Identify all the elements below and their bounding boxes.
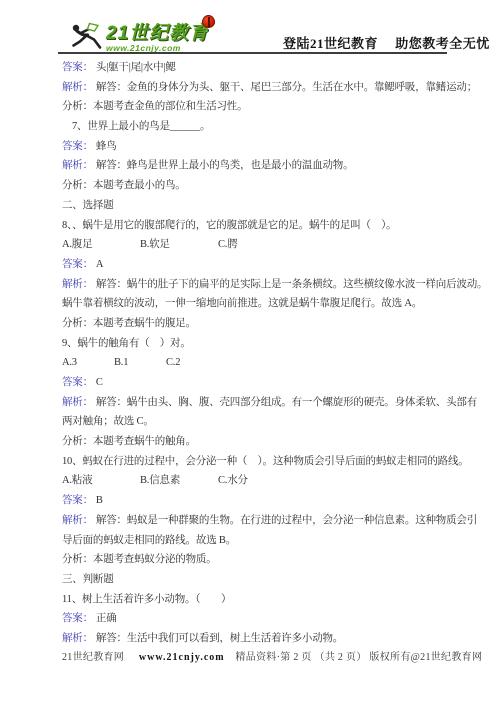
option-item: A.粘液 <box>62 471 140 491</box>
answer-line: 解析：解答：生活中我们可以看到，树上生活着许多小动物。 <box>62 629 482 649</box>
line-text: 9、蜗牛的触角有（ ）对。 <box>62 338 191 349</box>
options-row: A.粘液B.信息素C.水分 <box>62 471 482 491</box>
document-body: 答案：头|躯干|尾|水中|鳃解析：解答：金鱼的身体分为头、躯干、尾巴三部分。生活… <box>62 58 482 649</box>
line-text: 分析：本题考查蚂蚁分泌的物质。 <box>62 554 217 565</box>
line-text: 蜂鸟 <box>96 141 117 152</box>
option-item: C.2 <box>166 353 218 373</box>
line-text: 二、选择题 <box>62 200 114 211</box>
option-item: B.软足 <box>140 235 218 255</box>
line-text: 解答：生活中我们可以看到，树上生活着许多小动物。 <box>96 633 343 644</box>
text-line: 8、、蜗牛是用它的腹部爬行的，它的腹部就是它的足。蜗牛的足叫（ ）。 <box>62 216 482 236</box>
line-text: 头|躯干|尾|水中|鳃 <box>96 62 176 73</box>
line-text: 解答：蜂鸟是世界上最小的鸟类，也是最小的温血动物。 <box>96 160 354 171</box>
runner-icon <box>68 22 104 54</box>
line-text: C <box>96 377 103 388</box>
answer-line: 答案：头|躯干|尾|水中|鳃 <box>62 58 482 78</box>
answer-label: 答案： <box>62 259 93 270</box>
option-item: C.水分 <box>218 471 296 491</box>
answer-line: 答案：B <box>62 491 482 511</box>
logo-text-block: 21世纪教育 www.21cnjy.com <box>106 22 209 53</box>
line-text: 解答：蚂蚁是一种群聚的生物。在行进的过程中，会分泌一种信息素。这种物质会引 <box>96 515 477 526</box>
answer-label: 解析： <box>62 279 93 290</box>
answer-line: 解析：解答：蜗牛的肚子下的扁平的足实际上是一条条横纹。这些横纹像水波一样向后波动… <box>62 275 482 295</box>
answer-line: 答案：蜂鸟 <box>62 137 482 157</box>
line-text: 10、蚂蚁在行进的过程中，会分泌一种（ ）。这种物质会引导后面的蚂蚁走相同的路线… <box>62 456 469 467</box>
line-text: 分析：本题考查蜗牛的触角。 <box>62 436 196 447</box>
answer-line: 解析：解答：蚂蚁是一种群聚的生物。在行进的过程中，会分泌一种信息素。这种物质会引 <box>62 511 482 531</box>
option-item: B.1 <box>114 353 166 373</box>
answer-label: 答案： <box>62 495 93 506</box>
line-text: 7、世界上最小的鸟是______。 <box>72 121 210 132</box>
answer-line: 答案：C <box>62 373 482 393</box>
answer-label: 答案： <box>62 141 93 152</box>
answer-label: 答案： <box>62 62 93 73</box>
footer-site-url: www.21cnjy.com <box>139 652 225 663</box>
text-line: 分析：本题考查金鱼的部位和生活习性。 <box>62 97 482 117</box>
text-line: 7、世界上最小的鸟是______。 <box>62 117 482 137</box>
text-line: 分析：本题考查最小的鸟。 <box>62 176 482 196</box>
options-row: A.腹足B.软足C.腭 <box>62 235 482 255</box>
line-text: 三、判断题 <box>62 574 114 585</box>
answer-label: 答案： <box>62 377 93 388</box>
answer-label: 解析： <box>62 633 93 644</box>
site-logo: 21世纪教育 www.21cnjy.com <box>68 22 209 54</box>
option-item: A.腹足 <box>62 235 140 255</box>
text-line: 9、蜗牛的触角有（ ）对。 <box>62 334 482 354</box>
text-line: 11、树上生活着许多小动物。（ ） <box>62 590 482 610</box>
header-slogan: 登陆21世纪教育 助您教考全无忧 <box>283 33 453 52</box>
line-text: 解答：蜗牛由头、胸、腹、壳四部分组成。有一个螺旋形的硬壳。身体柔软、头部有 <box>96 397 477 408</box>
answer-label: 解析： <box>62 515 93 526</box>
text-line: 二、选择题 <box>62 196 482 216</box>
text-line: 分析：本题考查蜗牛的腹足。 <box>62 314 482 334</box>
line-text: 分析：本题考查最小的鸟。 <box>62 180 186 191</box>
line-text: 8、、蜗牛是用它的腹部爬行的，它的腹部就是它的足。蜗牛的足叫（ ）。 <box>62 220 396 231</box>
text-line: 蜗牛靠着横纹的波动，一伸一缩地向前推进。这就是蜗牛靠腹足爬行。故选 A。 <box>62 294 482 314</box>
answer-label: 解析： <box>62 397 93 408</box>
header-divider <box>58 52 447 54</box>
answer-label: 解析： <box>62 82 93 93</box>
line-text: 导后面的蚂蚁走相同的路线。故选 B。 <box>62 535 236 546</box>
line-text: 两对触角；故选 C。 <box>62 416 154 427</box>
line-text: A <box>96 259 103 270</box>
text-line: 分析：本题考查蜗牛的触角。 <box>62 432 482 452</box>
line-text: 分析：本题考查蜗牛的腹足。 <box>62 318 196 329</box>
answer-line: 解析：解答：金鱼的身体分为头、躯干、尾巴三部分。生活在水中。靠鳃呼吸，靠鳍运动； <box>62 78 482 98</box>
options-row: A.3B.1C.2 <box>62 353 482 373</box>
line-text: 11、树上生活着许多小动物。（ ） <box>62 594 231 605</box>
answer-label: 答案： <box>62 613 93 624</box>
logo-brand-text: 21世纪教育 <box>106 24 209 43</box>
text-line: 10、蚂蚁在行进的过程中，会分泌一种（ ）。这种物质会引导后面的蚂蚁走相同的路线… <box>62 452 482 472</box>
option-item: B.信息素 <box>140 471 218 491</box>
option-item: A.3 <box>62 353 114 373</box>
page-footer: 21世纪教育网 www.21cnjy.com 精品资料·第 2 页 （共 2 页… <box>62 651 462 665</box>
answer-line: 解析：解答：蜂鸟是世界上最小的鸟类，也是最小的温血动物。 <box>62 156 482 176</box>
text-line: 三、判断题 <box>62 570 482 590</box>
line-text: 解答：蜗牛的肚子下的扁平的足实际上是一条条横纹。这些横纹像水波一样向后波动。 <box>96 279 487 290</box>
line-text: 解答：金鱼的身体分为头、躯干、尾巴三部分。生活在水中。靠鳃呼吸，靠鳍运动； <box>96 82 477 93</box>
footer-site-name: 21世纪教育网 <box>62 652 124 663</box>
text-line: 分析：本题考查蚂蚁分泌的物质。 <box>62 550 482 570</box>
footer-info: 精品资料·第 2 页 （共 2 页） 版权所有@21世纪教育网 <box>235 652 482 663</box>
text-line: 导后面的蚂蚁走相同的路线。故选 B。 <box>62 531 482 551</box>
line-text: 蜗牛靠着横纹的波动，一伸一缩地向前推进。这就是蜗牛靠腹足爬行。故选 A。 <box>62 298 422 309</box>
ladybug-icon <box>202 15 215 28</box>
document-page: 21世纪教育 www.21cnjy.com 登陆21世纪教育 助您教考全无忧 答… <box>0 0 500 707</box>
text-line: 两对触角；故选 C。 <box>62 412 482 432</box>
answer-line: 解析：解答：蜗牛由头、胸、腹、壳四部分组成。有一个螺旋形的硬壳。身体柔软、头部有 <box>62 393 482 413</box>
answer-line: 答案：正确 <box>62 609 482 629</box>
line-text: B <box>96 495 103 506</box>
answer-label: 解析： <box>62 160 93 171</box>
line-text: 分析：本题考查金鱼的部位和生活习性。 <box>62 101 247 112</box>
line-text: 正确 <box>96 613 117 624</box>
option-item: C.腭 <box>218 235 296 255</box>
answer-line: 答案：A <box>62 255 482 275</box>
